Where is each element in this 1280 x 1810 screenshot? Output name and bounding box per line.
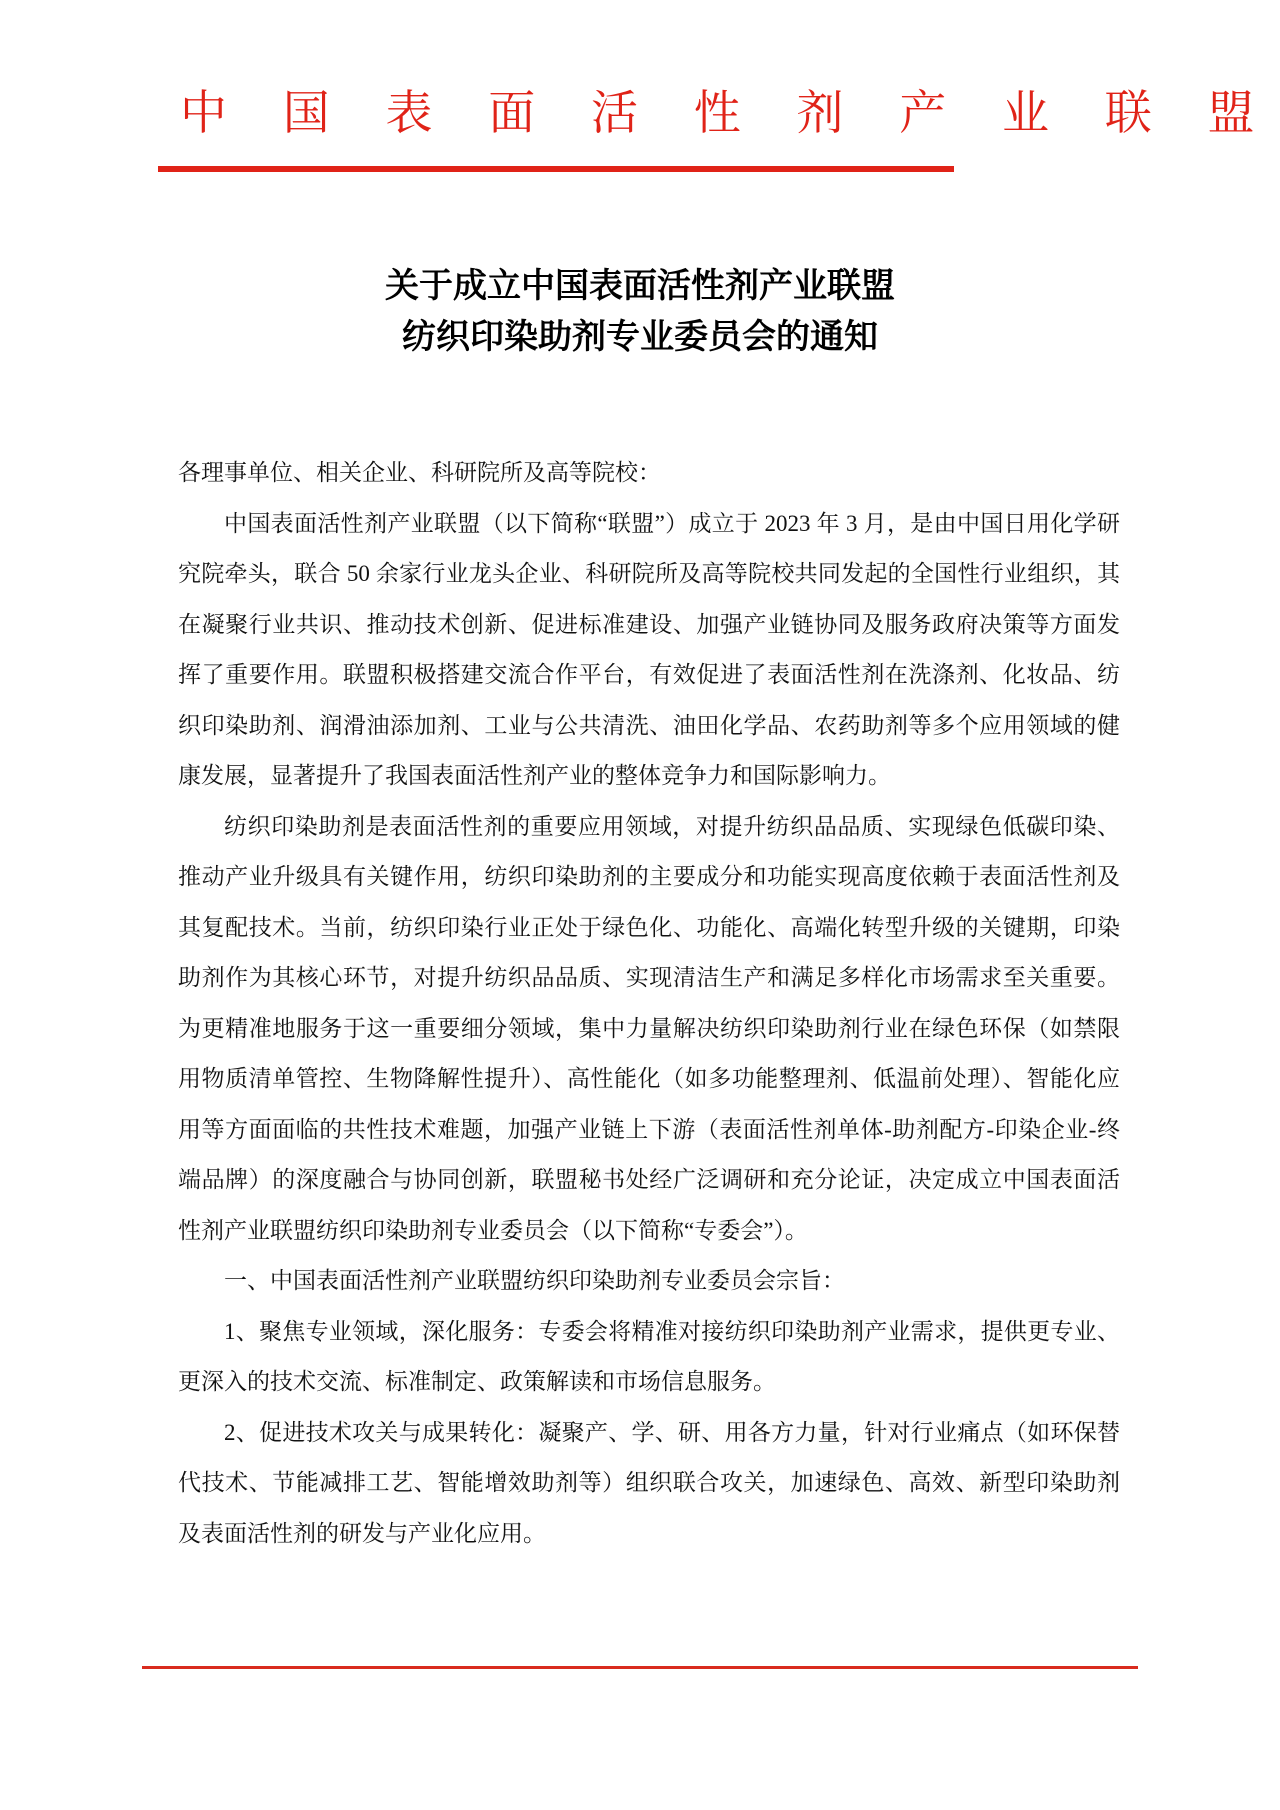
salutation: 各理事单位、相关企业、科研院所及高等院校： [178, 448, 1120, 499]
letterhead-org-name: 中 国 表 面 活 性 剂 产 业 联 盟 [158, 76, 954, 143]
paragraph-textile-auxiliaries: 纺织印染助剂是表面活性剂的重要应用领域，对提升纺织品品质、实现绿色低碳印染、推动… [178, 802, 1120, 1257]
footer-rule [142, 1666, 1138, 1669]
letterhead-rule [158, 166, 954, 172]
paragraph-item-2: 2、促进技术攻关与成果转化：凝聚产、学、研、用各方力量，针对行业痛点（如环保替代… [178, 1408, 1120, 1560]
paragraph-item-1: 1、聚焦专业领域，深化服务：专委会将精准对接纺织印染助剂产业需求，提供更专业、更… [178, 1307, 1120, 1408]
doc-title-line2: 纺织印染助剂专业委员会的通知 [0, 312, 1280, 363]
paragraph-intro-alliance: 中国表面活性剂产业联盟（以下简称“联盟”）成立于 2023 年 3 月，是由中国… [178, 499, 1120, 802]
doc-title-line1: 关于成立中国表面活性剂产业联盟 [0, 261, 1280, 312]
doc-body: 各理事单位、相关企业、科研院所及高等院校： 中国表面活性剂产业联盟（以下简称“联… [178, 448, 1120, 1559]
paragraph-section-one-heading: 一、中国表面活性剂产业联盟纺织印染助剂专业委员会宗旨： [178, 1256, 1120, 1307]
doc-title: 关于成立中国表面活性剂产业联盟 纺织印染助剂专业委员会的通知 [0, 261, 1280, 363]
document-page: 中 国 表 面 活 性 剂 产 业 联 盟 关于成立中国表面活性剂产业联盟 纺织… [0, 0, 1280, 1810]
